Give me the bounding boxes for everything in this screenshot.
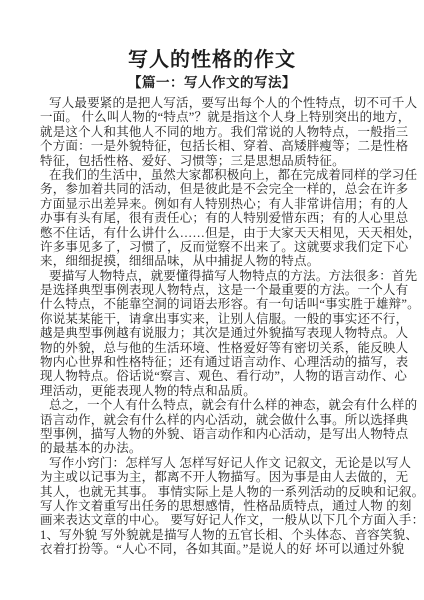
text-line: 写人作文着重写出任务的思想感情，性格品质特点，通过人物 的刻 bbox=[40, 499, 412, 513]
text-line: 的最基本的办法。 bbox=[40, 441, 412, 455]
text-line: 总之，一个人有什么特点，就会有什么样的神态，就会有什么样的 bbox=[40, 398, 412, 412]
text-line: 务，参加着共同的活动，但是彼此是不会完全一样的，总会在许多 bbox=[40, 182, 412, 196]
text-line: 你说某某能干，请拿出事实来，让别人信服。一般的事实还不行， bbox=[40, 312, 412, 326]
text-line: 就是这个人和其他人不同的地方。我们常说的人物特点，一般指三 bbox=[40, 125, 412, 139]
text-line: 画来表达文章的中心。 要写好记人作文，一般从以下几个方面入手： bbox=[40, 513, 412, 527]
paragraph: 写作小窍门：怎样写人 怎样写好记人作文 记叙文，无论是以写人为主或以记事为主，都… bbox=[40, 456, 412, 557]
text-line: 型事例，描写人物的外貌、语言动作和内心活动，是写出人物特点 bbox=[40, 427, 412, 441]
text-line: 是选择典型事例表现人物特点，这是一个最重要的方法。一个人有 bbox=[40, 283, 412, 297]
text-line: 特征，包括性格、爱好、习惯等；三是思想品质特征。 bbox=[40, 154, 412, 168]
document-page: 写人的性格的作文 【篇一：写人作文的写法】 写人最要紧的是把人写活，要写出每个人… bbox=[0, 0, 424, 600]
text-line: 要描写人物特点，就要懂得描写人物特点的方法。方法很多：首先 bbox=[40, 269, 412, 283]
text-line: 越是典型事例越有说服力；其次是通过外貌描写表现人物特点。人 bbox=[40, 326, 412, 340]
document-subtitle: 【篇一：写人作文的写法】 bbox=[0, 74, 424, 92]
text-line: 1、写外貌 写外貌就是描写人物的五官长相、个头体态、音容笑貌、 bbox=[40, 528, 412, 542]
text-line: 其人，也就无其事。 事情实际上是人物的一系列活动的反映和记叙。 bbox=[40, 485, 412, 499]
paragraph: 在我们的生活中，虽然大家都积极向上，都在完成着同样的学习任务，参加着共同的活动，… bbox=[40, 168, 412, 269]
text-line: 什么特点，不能靠空洞的词语去形容。有一句话叫“事实胜于雄辩”。 bbox=[40, 297, 412, 311]
text-line: 个方面：一是外貌特征，包括长相、穿着、高矮胖瘦等；二是性格 bbox=[40, 139, 412, 153]
text-line: 语言动作，就会有什么样的内心活动，就会做什么事。所以选择典 bbox=[40, 413, 412, 427]
text-line: 办事有头有尾，很有责任心；有的人特别爱惜东西；有的人心里总 bbox=[40, 211, 412, 225]
text-line: 许多事见多了，习惯了，反而觉察不出来了。这就要求我们定下心 bbox=[40, 240, 412, 254]
paragraph: 要描写人物特点，就要懂得描写人物特点的方法。方法很多：首先是选择典型事例表现人物… bbox=[40, 269, 412, 399]
text-line: 写作小窍门：怎样写人 怎样写好记人作文 记叙文，无论是以写人 bbox=[40, 456, 412, 470]
text-line: 写人最要紧的是把人写活，要写出每个人的个性特点，切不可千人 bbox=[40, 96, 412, 110]
document-body: 写人最要紧的是把人写活，要写出每个人的个性特点，切不可千人一面。 什么叫人物的“… bbox=[40, 96, 412, 557]
text-line: 一面。 什么叫人物的“特点”？就是指这个人身上特别突出的地方， bbox=[40, 110, 412, 124]
document-title: 写人的性格的作文 bbox=[0, 47, 424, 74]
text-line: 现人物特点。俗话说“察言、观色、看行动”，人物的语言动作、心 bbox=[40, 369, 412, 383]
text-line: 理活动，更能表现人物的特点和品质。 bbox=[40, 384, 412, 398]
text-line: 为主或以记事为主，都离不开人物描写。因为事是由人去做的，无 bbox=[40, 470, 412, 484]
text-line: 物内心世界和性格特征；还有通过语言动作、心理活动的描写，表 bbox=[40, 355, 412, 369]
text-line: 方面显示出差异来。例如有人特别热心；有人非常讲信用；有的人 bbox=[40, 197, 412, 211]
text-line: 来，细细捉摸，细细品味，从中捕捉人物的特点。 bbox=[40, 254, 412, 268]
text-line: 物的外貌，总与他的生活环境、性格爱好等有密切关系，能反映人 bbox=[40, 341, 412, 355]
text-line: 衣着打扮等。“人心不同，各如其面。”是说人的好 坏可以通过外貌 bbox=[40, 542, 412, 556]
text-line: 憋不住话，有什么讲什么……但是，由于大家天天相见，天天相处， bbox=[40, 226, 412, 240]
paragraph: 写人最要紧的是把人写活，要写出每个人的个性特点，切不可千人一面。 什么叫人物的“… bbox=[40, 96, 412, 168]
paragraph: 总之，一个人有什么特点，就会有什么样的神态，就会有什么样的语言动作，就会有什么样… bbox=[40, 398, 412, 456]
text-line: 在我们的生活中，虽然大家都积极向上，都在完成着同样的学习任 bbox=[40, 168, 412, 182]
